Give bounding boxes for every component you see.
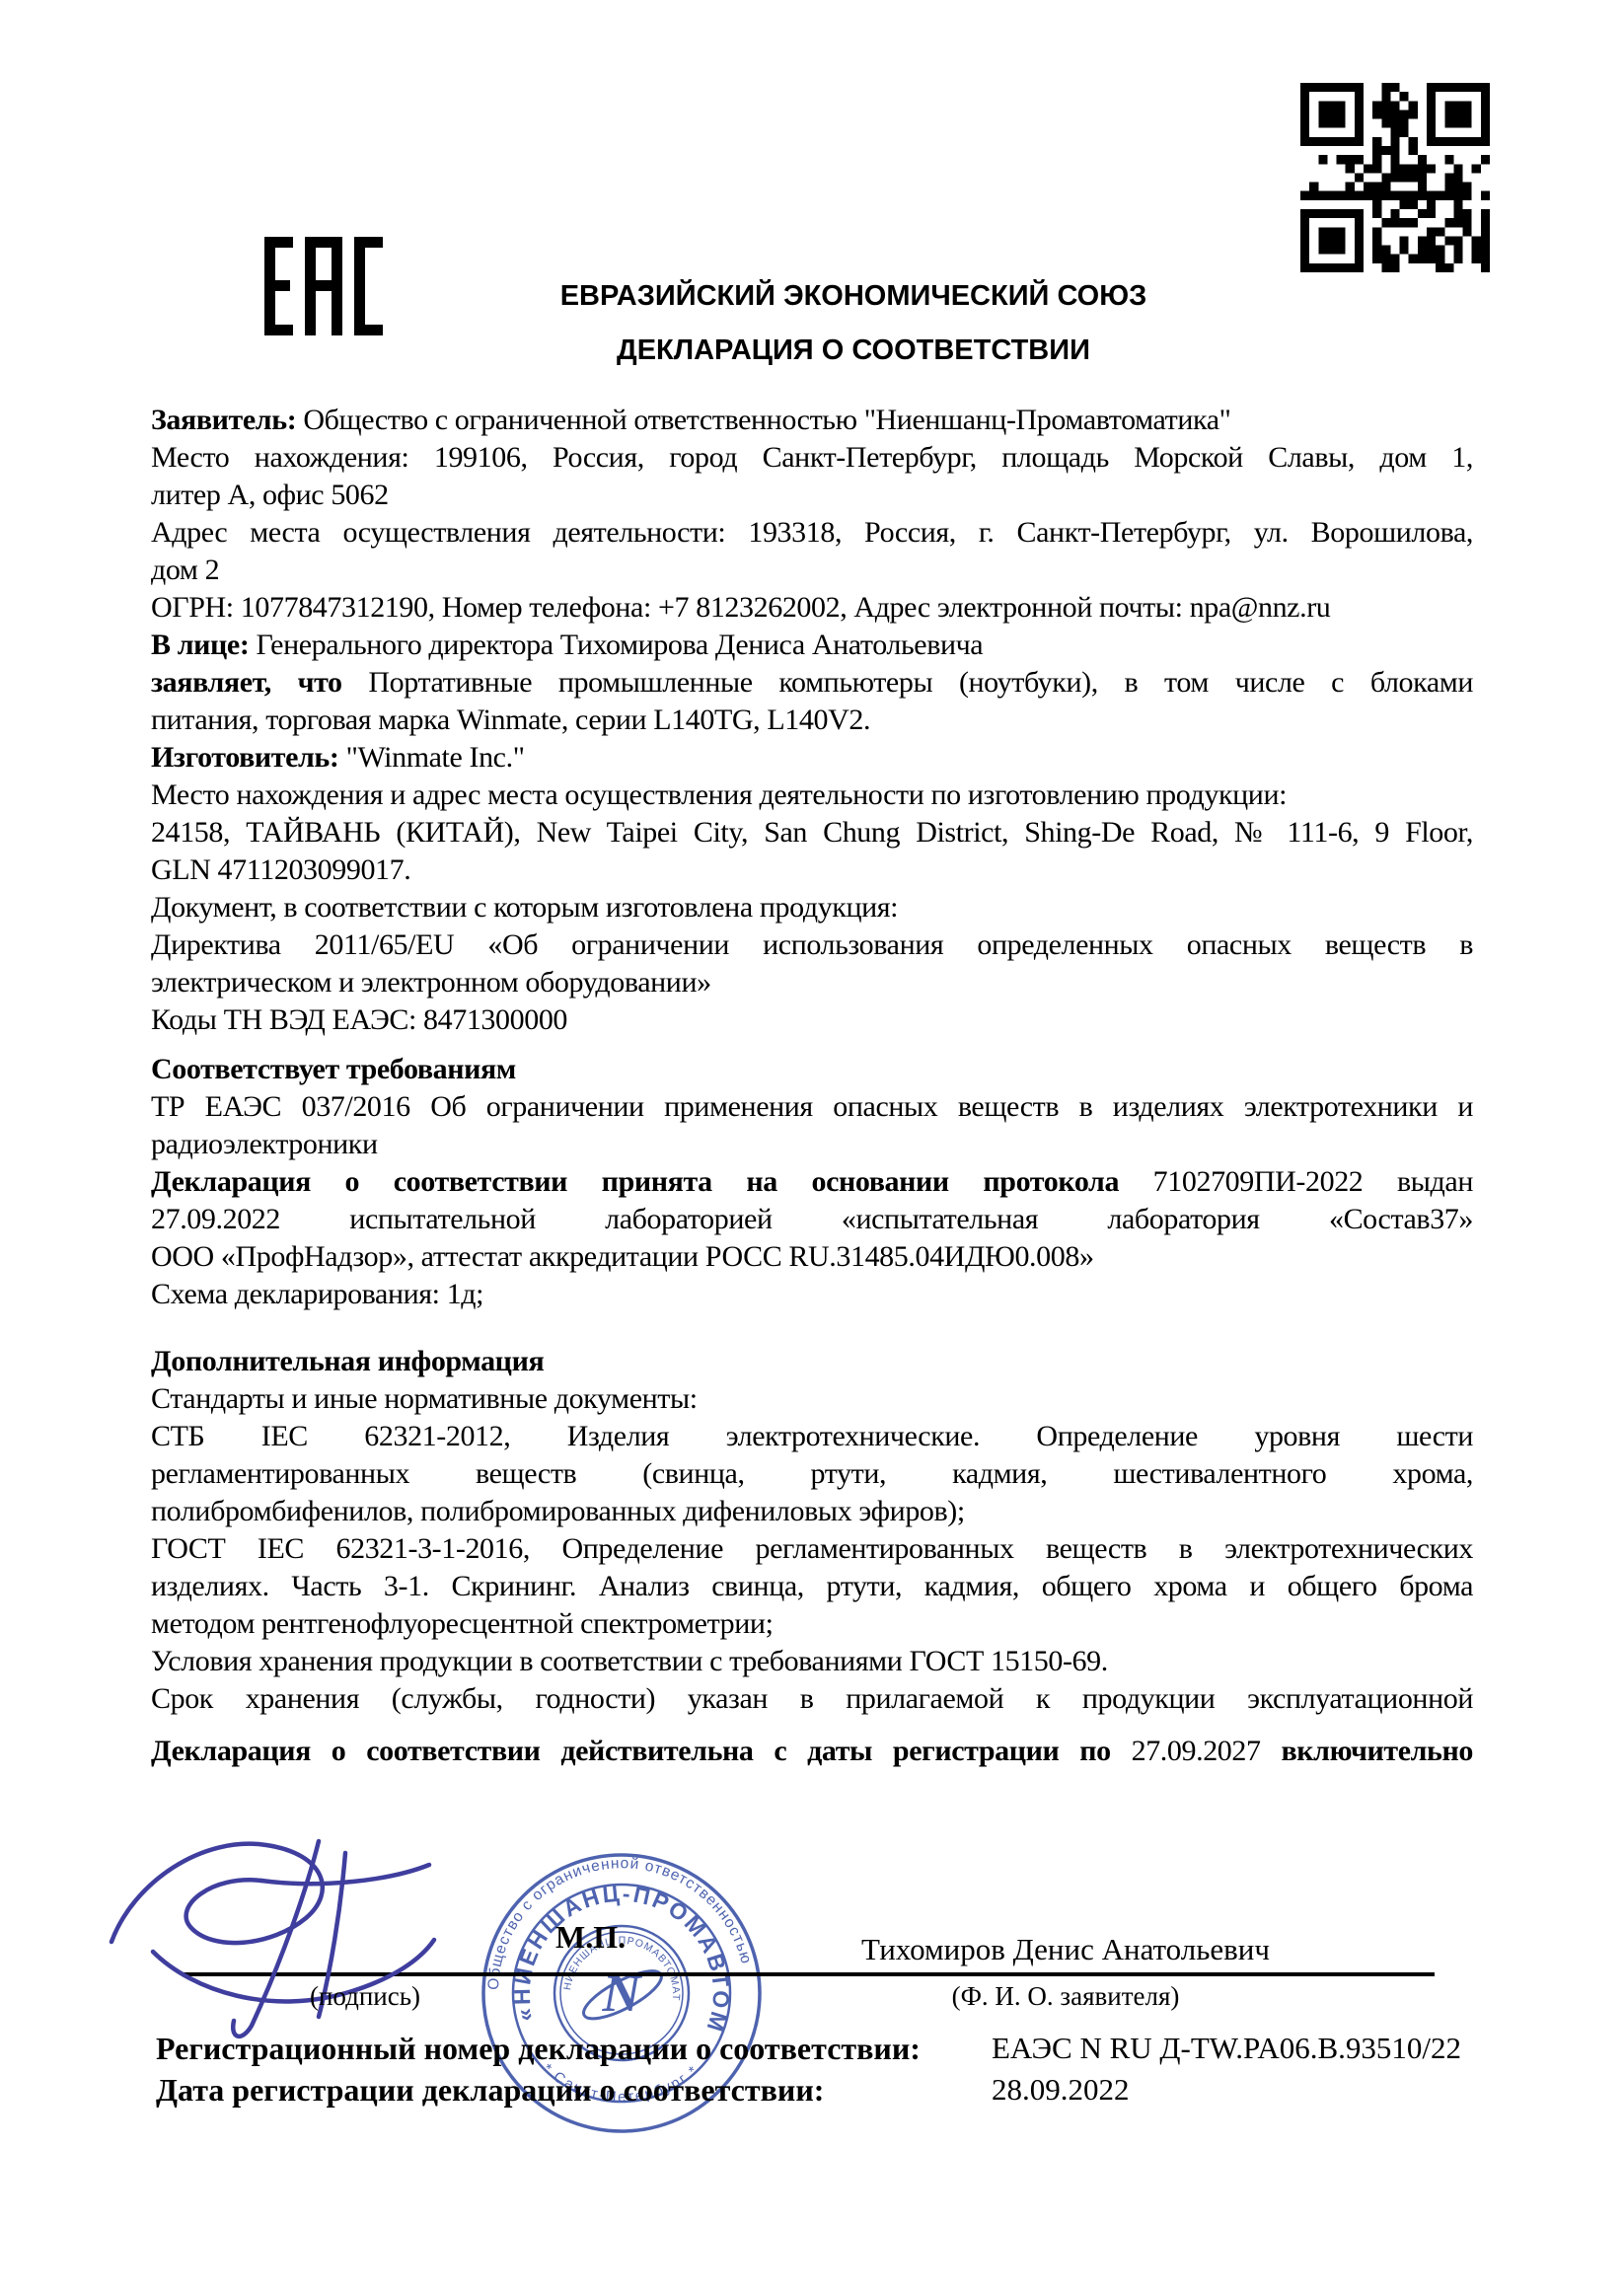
page-title: ЕВРАЗИЙСКИЙ ЭКОНОМИЧЕСКИЙ СОЮЗ [395, 280, 1312, 313]
body-text: Заявитель: Общество с ограниченной ответ… [151, 402, 1473, 1770]
registration-date-value: 28.09.2022 [992, 2072, 1130, 2108]
signature-caption: (подпись) [281, 1981, 449, 2012]
body-line: ОГРН: 1077847312190, Номер телефона: +7 … [151, 589, 1473, 627]
body-line: Декларация о соответствии принята на осн… [151, 1163, 1473, 1201]
company-stamp: Общество с ограниченной ответственностью… [479, 1850, 765, 2136]
body-line: ООО «ПрофНадзор», аттестат аккредитации … [151, 1238, 1473, 1276]
page-subtitle: ДЕКЛАРАЦИЯ О СООТВЕТСТВИИ [395, 334, 1312, 367]
body-line: электрическом и электронном оборудовании… [151, 964, 1473, 1001]
body-line: GLN 4711203099017. [151, 852, 1473, 889]
stamp-logo-letter: N [602, 1963, 643, 2023]
body-line: заявляет, что Портативные промышленные к… [151, 664, 1473, 702]
declaration-document: ЕВРАЗИЙСКИЙ ЭКОНОМИЧЕСКИЙ СОЮЗ ДЕКЛАРАЦИ… [0, 0, 1624, 2296]
qr-code [1300, 83, 1490, 272]
body-line: ТР ЕАЭС 037/2016 Об ограничении применен… [151, 1088, 1473, 1126]
body-line: Место нахождения и адрес места осуществл… [151, 777, 1473, 814]
applicant-name: Тихомиров Денис Анатольевич [819, 1932, 1312, 1967]
body-line: Дополнительная информация [151, 1343, 1473, 1380]
body-line: регламентированных веществ (свинца, ртут… [151, 1455, 1473, 1493]
stamp-outer-bottom-text: * Санкт-Петербург * [540, 2060, 702, 2106]
body-line: Заявитель: Общество с ограниченной ответ… [151, 402, 1473, 439]
body-line: методом рентгенофлуоресцентной спектроме… [151, 1605, 1473, 1643]
registration-number-value: ЕАЭС N RU Д-TW.PA06.B.93510/22 [992, 2031, 1461, 2066]
name-caption: (Ф. И. О. заявителя) [908, 1981, 1223, 2012]
body-line: Документ, в соответствии с которым изгот… [151, 889, 1473, 926]
body-line: дом 2 [151, 552, 1473, 589]
body-line: Изготовитель: "Winmate Inc." [151, 739, 1473, 777]
body-line: Стандарты и иные нормативные документы: [151, 1380, 1473, 1418]
body-line: Декларация о соответствии действительна … [151, 1733, 1473, 1770]
body-line: полибромбифенилов, полибромированных диф… [151, 1493, 1473, 1530]
body-line: питания, торговая марка Winmate, серии L… [151, 702, 1473, 739]
body-line: радиоэлектроники [151, 1126, 1473, 1163]
body-line: Коды ТН ВЭД ЕАЭС: 8471300000 [151, 1001, 1473, 1039]
body-line: 24158, ТАЙВАНЬ (КИТАЙ), New Taipei City,… [151, 814, 1473, 852]
body-line: Соответствует требованиям [151, 1051, 1473, 1088]
body-line: 27.09.2022 испытательной лабораторией «и… [151, 1201, 1473, 1238]
body-line: изделиях. Часть 3-1. Скрининг. Анализ св… [151, 1568, 1473, 1605]
body-line: Схема декларирования: 1д; [151, 1276, 1473, 1313]
body-line: Срок хранения (службы, годности) указан … [151, 1680, 1473, 1718]
body-line: Место нахождения: 199106, Россия, город … [151, 439, 1473, 477]
body-line: Адрес места осуществления деятельности: … [151, 514, 1473, 552]
body-line: Условия хранения продукции в соответстви… [151, 1643, 1473, 1680]
body-line: Директива 2011/65/EU «Об ограничении исп… [151, 926, 1473, 964]
body-line: ГОСТ IEC 62321-3-1-2016, Определение рег… [151, 1530, 1473, 1568]
body-line: СТБ IEC 62321-2012, Изделия электротехни… [151, 1418, 1473, 1455]
body-line: В лице: Генерального директора Тихомиров… [151, 627, 1473, 664]
eac-logo [264, 235, 383, 337]
svg-text:* Санкт-Петербург *: * Санкт-Петербург * [540, 2060, 702, 2106]
body-line: литер А, офис 5062 [151, 477, 1473, 514]
